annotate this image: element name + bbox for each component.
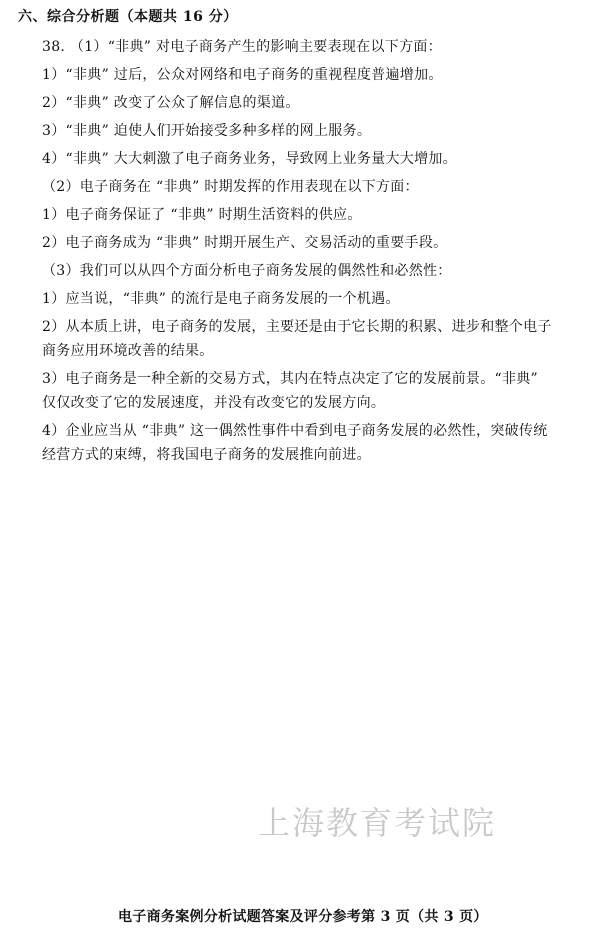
subquestion-heading: （2）电子商务在 “非典” 时期发挥的作用表现在以下方面：: [42, 176, 419, 196]
answer-line: 商务应用环境改善的结果。: [42, 340, 214, 360]
answer-line: 4）“非典” 大大刺激了电子商务业务，导致网上业务量大大增加。: [42, 148, 457, 168]
watermark: 上海教育考试院: [258, 798, 496, 844]
page-footer: 电子商务案例分析试题答案及评分参考第 3 页（共 3 页）: [118, 906, 488, 926]
answer-line: 2）“非典” 改变了公众了解信息的渠道。: [42, 92, 300, 112]
answer-line: 4）企业应当从 “非典” 这一偶然性事件中看到电子商务发展的必然性，突破传统: [42, 420, 548, 440]
answer-line: 经营方式的束缚，将我国电子商务的发展推向前进。: [42, 444, 371, 464]
section-title: 六、综合分析题（本题共 16 分）: [18, 6, 238, 26]
answer-line: 3）电子商务是一种全新的交易方式，其内在特点决定了它的发展前景。“非典”: [42, 368, 538, 388]
answer-line: 1）应当说，“非典” 的流行是电子商务发展的一个机遇。: [42, 288, 400, 308]
subquestion-heading: （3）我们可以从四个方面分析电子商务发展的偶然性和必然性：: [42, 260, 452, 280]
answer-line: 2）从本质上讲，电子商务的发展，主要还是由于它长期的积累、进步和整个电子: [42, 316, 552, 336]
question-intro: 38. （1）“非典” 对电子商务产生的影响主要表现在以下方面：: [42, 36, 442, 56]
answer-line: 3）“非典” 迫使人们开始接受多种多样的网上服务。: [42, 120, 371, 140]
answer-line: 2）电子商务成为 “非典” 时期开展生产、交易活动的重要手段。: [42, 232, 447, 252]
answer-line: 1）电子商务保证了 “非典” 时期生活资料的供应。: [42, 204, 362, 224]
answer-line: 1）“非典” 过后，公众对网络和电子商务的重视程度普遍增加。: [42, 64, 443, 84]
answer-line: 仅仅改变了它的发展速度，并没有改变它的发展方向。: [42, 392, 385, 412]
